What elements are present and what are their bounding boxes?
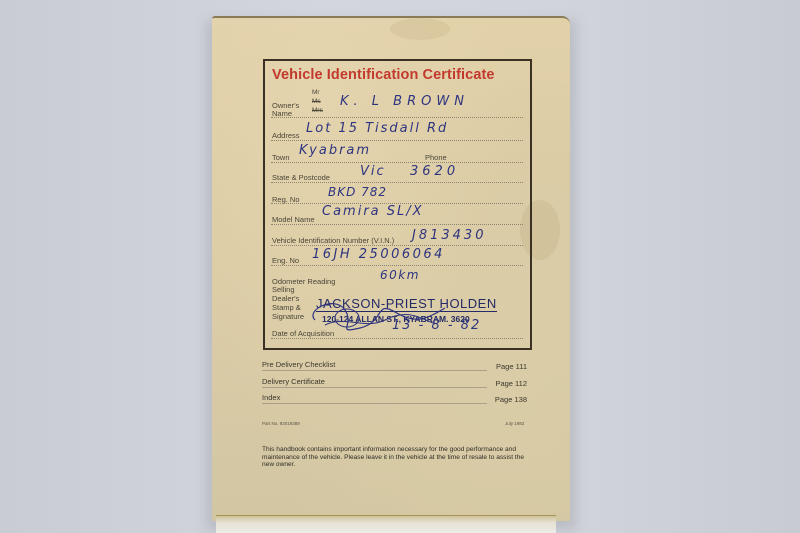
field-line	[271, 265, 523, 266]
model-name-value: Camira SL/X	[322, 204, 424, 219]
print-date: July 1982	[505, 421, 524, 426]
reg-no-value: BKD 782	[328, 185, 387, 199]
vin-label: Vehicle Identification Number (V.I.N.)	[272, 236, 394, 245]
town-value: Kyabram	[299, 143, 371, 158]
toc-row-delivery-certificate[interactable]: Delivery Certificate Page 112	[262, 377, 527, 389]
date-of-acquisition-label: Date of Acquisition	[272, 329, 334, 338]
field-line	[271, 162, 523, 163]
toc-leader-line	[262, 403, 487, 404]
date-of-acquisition-value: 13 - 8 - 82	[392, 318, 481, 333]
postcode-value: 3620	[410, 164, 459, 179]
toc-page: Page 111	[496, 362, 527, 371]
toc-leader-line	[262, 387, 487, 388]
toc-row-index[interactable]: Index Page 138	[262, 393, 527, 405]
state-postcode-label: State & Postcode	[272, 173, 330, 182]
stain	[390, 18, 450, 40]
toc-title: Index	[262, 393, 280, 402]
part-number: Part No. 92019389	[262, 421, 300, 426]
town-label: Town	[272, 153, 290, 162]
odometer-value: 60km	[380, 268, 420, 282]
toc-row-pre-delivery[interactable]: Pre Delivery Checklist Page 111	[262, 360, 527, 372]
dealer-label-4: Signature	[272, 312, 304, 321]
dealer-label-1: Selling	[272, 285, 295, 294]
title-option-mr: Mr	[312, 89, 320, 96]
title-option-ms: Ms	[312, 98, 321, 105]
field-line	[271, 245, 523, 246]
title-option-mrs: Mrs	[312, 107, 323, 114]
dealer-label-3: Stamp &	[272, 303, 301, 312]
address-value: Lot 15 Tisdall Rd	[306, 121, 448, 136]
owner-name-value: K. L BROWN	[340, 94, 469, 109]
dealer-label-2: Dealer's	[272, 294, 299, 303]
field-line	[271, 182, 523, 183]
page-edge	[216, 515, 556, 533]
vin-value: J813430	[412, 228, 486, 243]
eng-no-value: 16JH 25006064	[312, 247, 445, 262]
toc-page: Page 138	[495, 395, 527, 404]
address-label: Address	[272, 131, 300, 140]
phone-label: Phone	[425, 153, 447, 162]
field-line	[271, 140, 523, 141]
field-line	[271, 117, 523, 118]
field-line	[271, 224, 523, 225]
certificate-title: Vehicle Identification Certificate	[272, 67, 495, 83]
toc-title: Pre Delivery Checklist	[262, 360, 335, 369]
field-line	[271, 338, 523, 339]
toc-leader-line	[262, 370, 487, 371]
model-name-label: Model Name	[272, 215, 315, 224]
handbook-notice: This handbook contains important informa…	[262, 446, 532, 469]
toc-title: Delivery Certificate	[262, 377, 325, 386]
toc-page: Page 112	[495, 379, 527, 388]
state-value: Vic	[360, 164, 386, 179]
eng-no-label: Eng. No	[272, 256, 299, 265]
